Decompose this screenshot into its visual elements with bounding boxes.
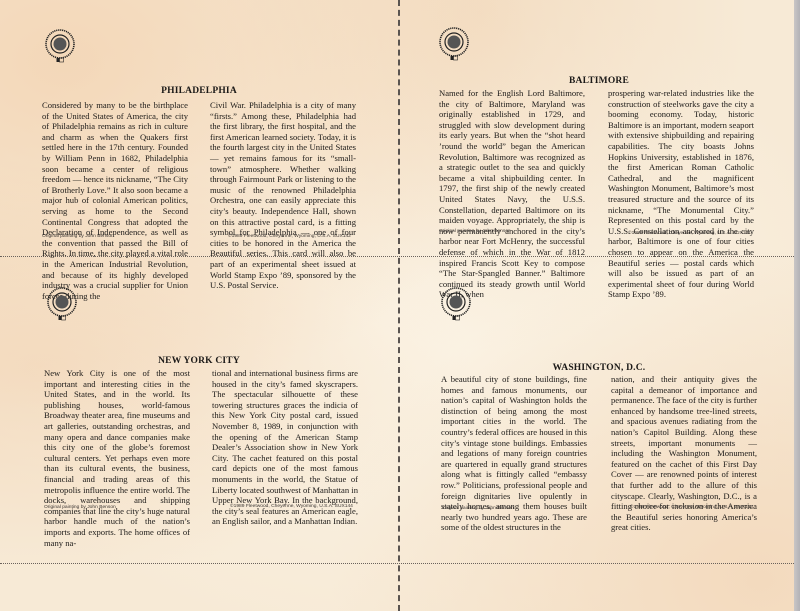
card-baltimore: BALTIMORE Named for the English Lord Bal… [400, 0, 798, 270]
card-title: NEW YORK CITY [0, 356, 398, 366]
fleetwood-seal-icon [436, 284, 476, 324]
card-title: PHILADELPHIA [0, 86, 398, 96]
copyright-credit: ©1989 Fleetwood, Cheyenne, Wyoming, U.S.… [228, 234, 351, 239]
painting-credit: Original painting by John Benson [442, 506, 514, 511]
fleetwood-seal-icon [40, 26, 80, 66]
fleetwood-seal-icon [42, 284, 82, 324]
painting-credit: Original painting by John Benson [44, 505, 116, 510]
painting-credit: Original painting by John Benson [42, 234, 114, 239]
perforation-horizontal-bottom [0, 563, 794, 564]
copyright-credit: ©1989 Fleetwood, Cheyenne, Wyoming, U.S.… [230, 504, 353, 509]
text-column-right: Civil War. Philadelphia is a city of man… [210, 100, 356, 291]
text-column-left: New York City is one of the most importa… [44, 368, 190, 548]
painting-credit: Original painting by John Benson [439, 229, 511, 234]
fleetwood-seal-icon [434, 24, 474, 64]
card-new-york-city: NEW YORK CITY New York City is one of th… [0, 270, 398, 540]
copyright-credit: ©1989 Fleetwood, Cheyenne, Wyoming, U.S.… [628, 231, 751, 236]
card-washington-dc: WASHINGTON, D.C. A beautiful city of sto… [400, 270, 798, 540]
card-philadelphia: PHILADELPHIA Considered by many to be th… [0, 0, 398, 270]
text-column-right: prospering war-related industries like t… [608, 88, 754, 300]
text-column-left: Named for the English Lord Baltimore, th… [439, 88, 585, 300]
copyright-credit: ©1989 Fleetwood, Cheyenne, Wyoming, U.S.… [630, 505, 753, 510]
card-title: WASHINGTON, D.C. [400, 363, 798, 373]
card-title: BALTIMORE [400, 76, 798, 86]
